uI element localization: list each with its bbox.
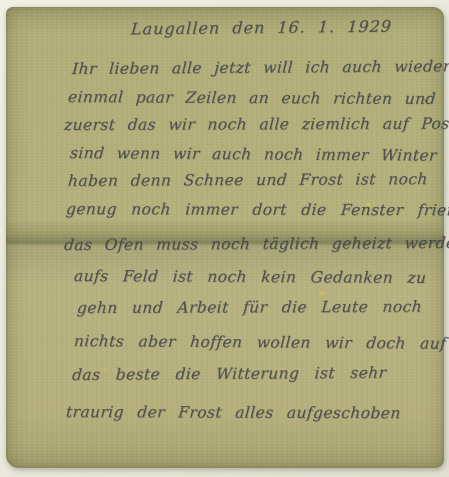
- letter-line: das Ofen muss noch täglich geheizt werde…: [63, 228, 431, 261]
- letter-line: gehn und Arbeit für die Leute noch: [76, 291, 444, 324]
- letter-line: haben denn Schnee und Frost ist noch: [67, 165, 435, 195]
- letter-line: zuerst das wir noch alle ziemlich auf Po…: [63, 110, 431, 139]
- letter-line: das beste die Witterung ist sehr: [71, 355, 439, 393]
- letter-line: einmal paar Zeilen an euch richten und: [67, 83, 435, 113]
- letter-line: aufs Feld ist noch kein Gedanken zu: [73, 261, 441, 294]
- letter-body: Ihr lieben alle jetzt will ich auch wied…: [64, 55, 430, 431]
- letter-line: genug noch immer dort die Fenster friere…: [65, 195, 433, 224]
- letter-paper: Laugallen den 16. 1. 1929 Ihr lieben all…: [6, 7, 444, 468]
- letter-dateline: Laugallen den 16. 1. 1929: [130, 17, 392, 39]
- letter-line: Ihr lieben alle jetzt will ich auch wied…: [71, 52, 439, 83]
- letter-line: traurig der Frost alles aufgeschoben: [65, 393, 434, 432]
